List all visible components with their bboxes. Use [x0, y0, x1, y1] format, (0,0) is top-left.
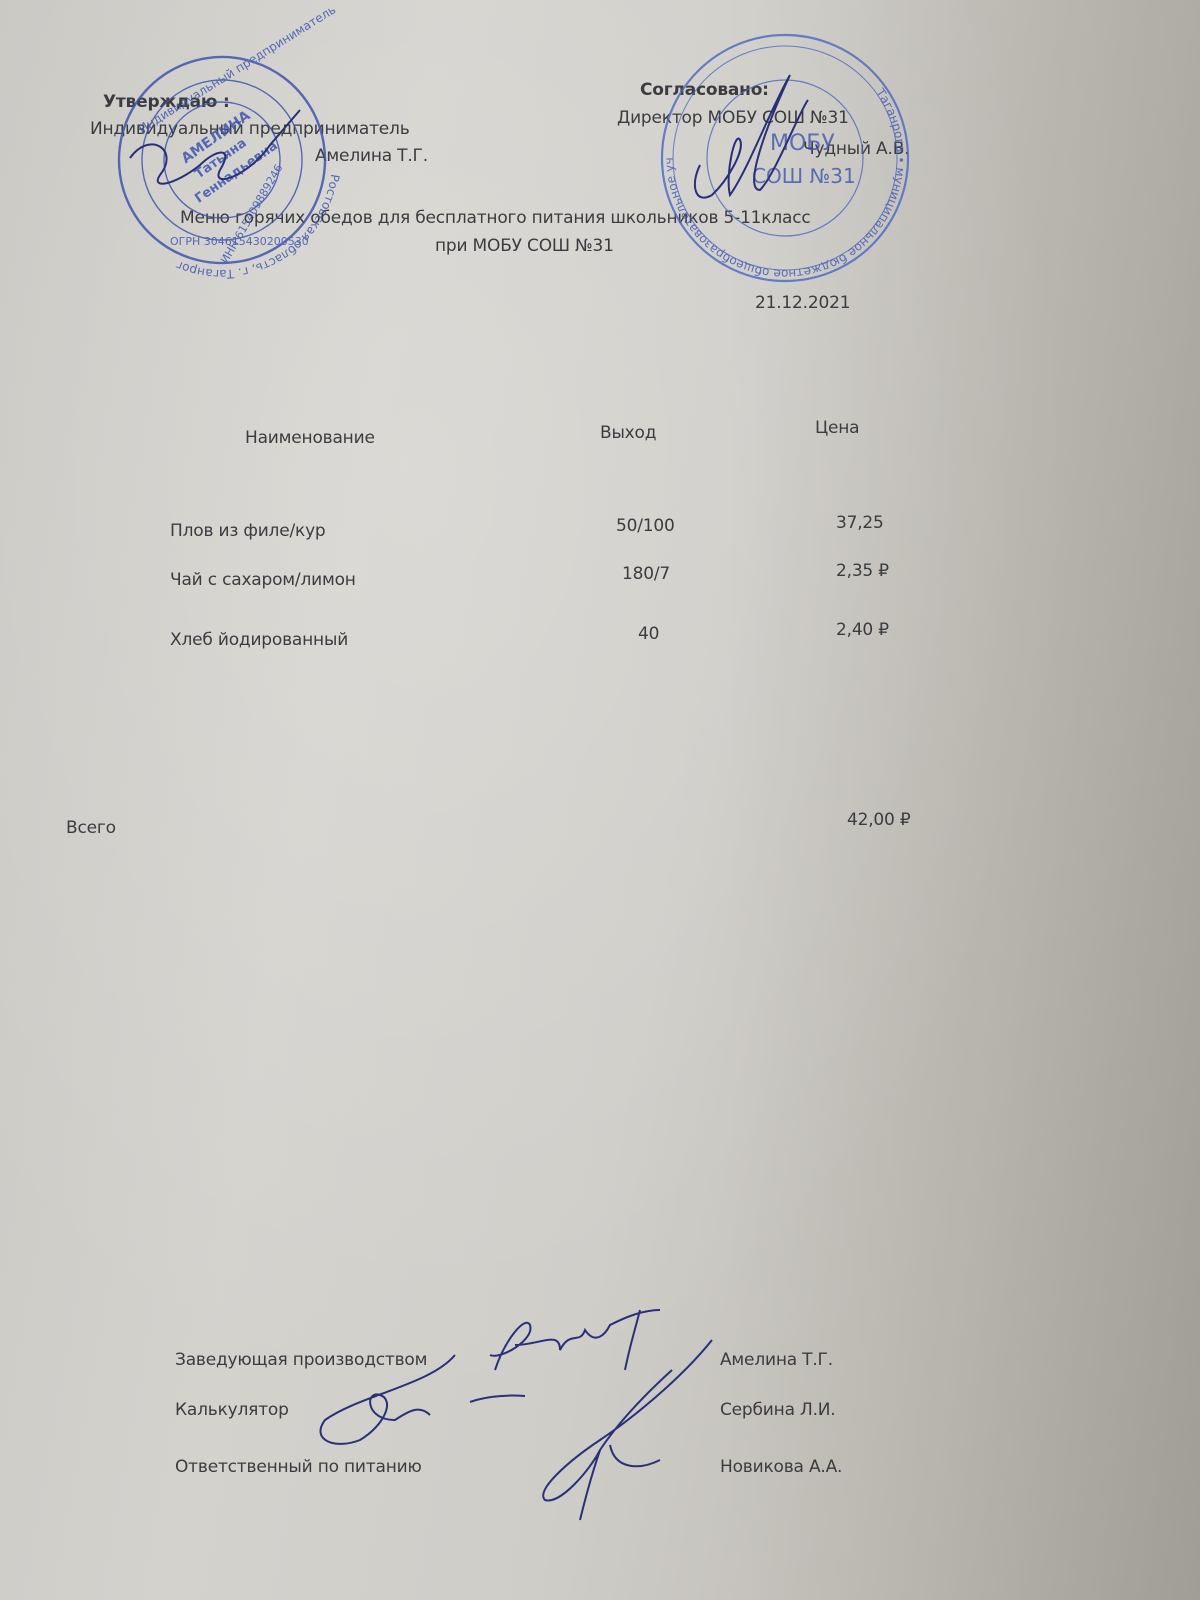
production-head-signature-icon — [490, 1310, 660, 1370]
signature-role: Заведующая производством — [175, 1350, 427, 1370]
approve-name: Амелина Т.Г. — [315, 146, 428, 166]
row-item-price: 2,35 ₽ — [836, 561, 889, 581]
row-item-name: Хлеб йодированный — [170, 630, 348, 650]
column-header-price: Цена — [815, 418, 859, 438]
document-date: 21.12.2021 — [755, 293, 850, 313]
signature-name: Новикова А.А. — [720, 1457, 842, 1477]
nutrition-officer-signature-icon — [543, 1340, 712, 1520]
row-item-name: Плов из филе/кур — [170, 521, 326, 541]
document-page: Утверждаю : Индивидуальный предпринимате… — [0, 0, 1200, 1600]
row-item-yield: 180/7 — [622, 564, 670, 584]
agreed-position: Директор МОБУ СОШ №31 — [617, 108, 849, 128]
svg-text:Геннадьевна: Геннадьевна — [192, 138, 280, 206]
column-header-yield: Выход — [600, 423, 656, 443]
svg-text:ОГРН 304615430200530: ОГРН 304615430200530 — [170, 235, 309, 248]
signature-name: Сербина Л.И. — [720, 1400, 836, 1420]
column-header-name: Наименование — [245, 428, 375, 448]
approve-label: Утверждаю : — [103, 92, 230, 112]
approve-position: Индивидуальный предприниматель — [90, 119, 410, 139]
svg-text:СОШ №31: СОШ №31 — [752, 164, 856, 188]
signature-name: Амелина Т.Г. — [720, 1350, 833, 1370]
document-subtitle: при МОБУ СОШ №31 — [435, 236, 614, 256]
left-stamp-icon: Ростовская область, г. Таганрог Индивиду… — [106, 2, 342, 281]
total-value: 42,00 ₽ — [847, 810, 911, 830]
agreed-name: Чудный А.В. — [803, 139, 909, 159]
svg-text:Индивидуальный предприниматель: Индивидуальный предприниматель — [136, 2, 338, 136]
row-item-yield: 40 — [638, 624, 659, 644]
signature-role: Калькулятор — [175, 1400, 289, 1420]
svg-text:Татьяна: Татьяна — [192, 136, 249, 182]
total-label: Всего — [66, 818, 116, 838]
row-item-price: 37,25 — [836, 513, 884, 533]
agreed-label: Согласовано: — [640, 80, 769, 100]
signature-role: Ответственный по питанию — [175, 1457, 422, 1477]
row-item-name: Чай с сахаром/лимон — [170, 570, 356, 590]
document-title: Меню горячих обедов для бесплатного пита… — [180, 208, 811, 228]
row-item-price: 2,40 ₽ — [836, 620, 889, 640]
row-item-yield: 50/100 — [616, 516, 675, 536]
